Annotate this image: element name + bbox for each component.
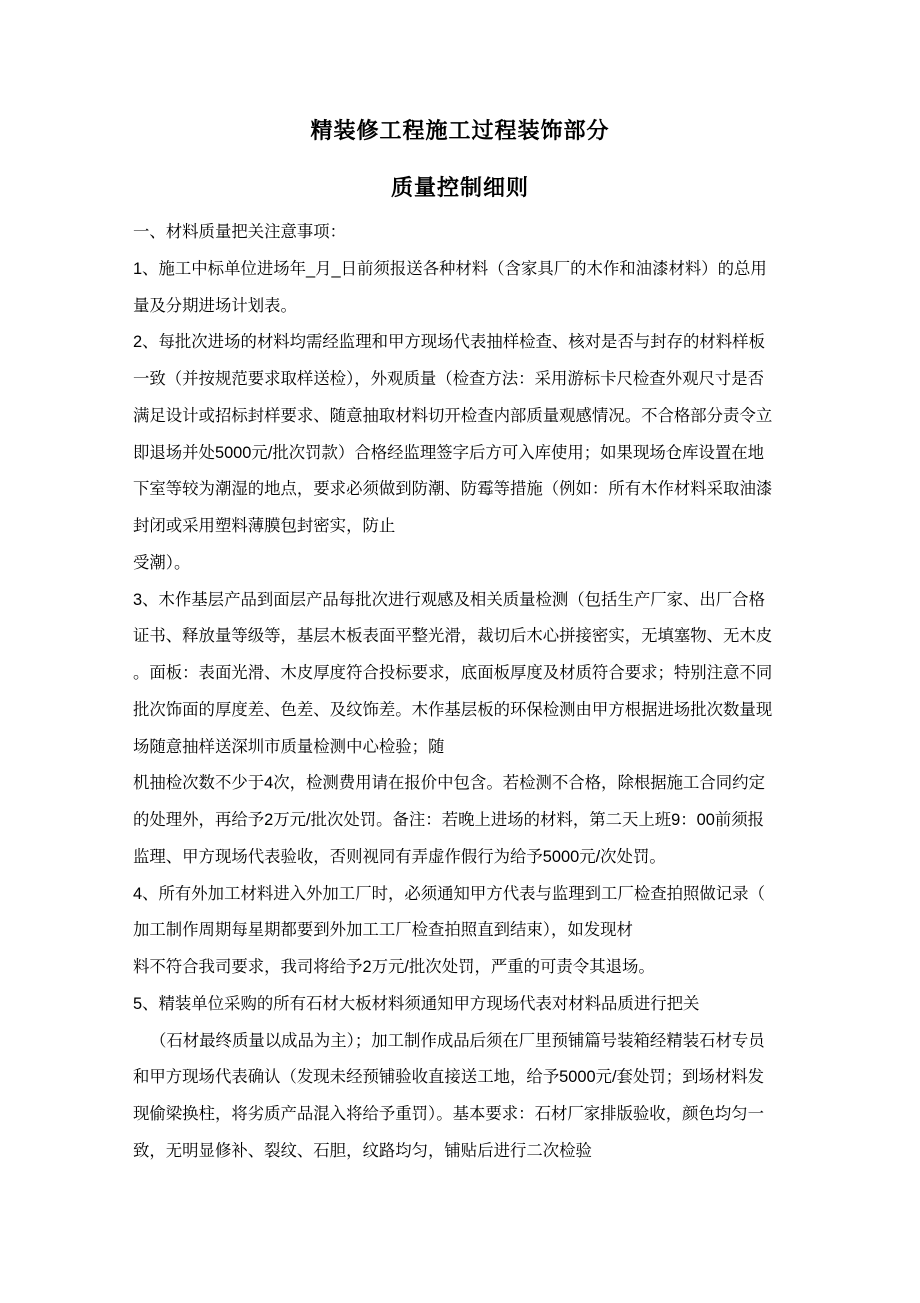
text-line: 1、施工中标单位进场年_月_日前须报送各种材料（含家具厂的木作和油漆材料）的总用 [133, 251, 813, 288]
text-line: 一致（并按规范要求取样送检），外观质量（检查方法：采用游标卡尺检查外观尺寸是否 [133, 361, 813, 398]
text-line: 4、所有外加工材料进入外加工厂时，必须通知甲方代表与监理到工厂检查拍照做记录（ [133, 876, 813, 913]
text-line: 满足设计或招标封样要求、随意抽取材料切开检查内部质量观感情况。不合格部分责令立 [133, 398, 813, 435]
text-line: 监理、甲方现场代表验收，否则视同有弄虚作假行为给予5000元/次处罚。 [133, 839, 813, 876]
text-line: 和甲方现场代表确认（发现未经预铺验收直接送工地，给予5000元/套处罚；到场材料… [133, 1059, 813, 1096]
text-line: 受潮）。 [133, 545, 813, 582]
text-line: 的处理外，再给予2万元/批次处罚。备注：若晚上进场的材料，第二天上班9：00前须… [133, 802, 813, 839]
text-line: 致，无明显修补、裂纹、石胆，纹路均匀，铺贴后进行二次检验 [133, 1133, 813, 1170]
text-line: 场随意抽样送深圳市质量检测中心检验；随 [133, 729, 813, 766]
document-title: 精装修工程施工过程装饰部分 [0, 116, 920, 146]
document-subtitle: 质量控制细则 [0, 173, 920, 203]
paragraph-item-2: 2、每批次进场的材料均需经监理和甲方现场代表抽样检查、核对是否与封存的材料样板 … [133, 324, 813, 581]
text-line: 。面板：表面光滑、木皮厚度符合投标要求，底面板厚度及材质符合要求；特别注意不同 [133, 655, 813, 692]
text-line: 现偷梁换柱，将劣质产品混入将给予重罚）。基本要求：石材厂家排版验收，颜色均匀一 [133, 1096, 813, 1133]
text-line: 批次饰面的厚度差、色差、及纹饰差。木作基层板的环保检测由甲方根据进场批次数量现 [133, 692, 813, 729]
paragraph-item-3: 3、木作基层产品到面层产品每批次进行观感及相关质量检测（包括生产厂家、出厂合格 … [133, 582, 813, 876]
section-heading: 一、材料质量把关注意事项： [133, 214, 813, 251]
paragraph-item-5: 5、精装单位采购的所有石材大板材料须通知甲方现场代表对材料品质进行把关 （石材最… [133, 986, 813, 1170]
text-line: 3、木作基层产品到面层产品每批次进行观感及相关质量检测（包括生产厂家、出厂合格 [133, 582, 813, 619]
document-page: 精装修工程施工过程装饰部分 质量控制细则 一、材料质量把关注意事项： 1、施工中… [0, 0, 920, 1303]
text-line: 机抽检次数不少于4次，检测费用请在报价中包含。若检测不合格，除根据施工合同约定 [133, 765, 813, 802]
text-line: 证书、释放量等级等，基层木板表面平整光滑，裁切后木心拼接密实，无填塞物、无木皮 [133, 618, 813, 655]
document-body: 一、材料质量把关注意事项： 1、施工中标单位进场年_月_日前须报送各种材料（含家… [133, 214, 813, 1170]
text-line: 2、每批次进场的材料均需经监理和甲方现场代表抽样检查、核对是否与封存的材料样板 [133, 324, 813, 361]
text-line: 下室等较为潮湿的地点，要求必须做到防潮、防霉等措施（例如：所有木作材料采取油漆 [133, 471, 813, 508]
paragraph-item-1: 1、施工中标单位进场年_月_日前须报送各种材料（含家具厂的木作和油漆材料）的总用… [133, 251, 813, 325]
paragraph-item-4: 4、所有外加工材料进入外加工厂时，必须通知甲方代表与监理到工厂检查拍照做记录（ … [133, 876, 813, 986]
text-line: 5、精装单位采购的所有石材大板材料须通知甲方现场代表对材料品质进行把关 [133, 986, 813, 1023]
text-line: 封闭或采用塑料薄膜包封密实，防止 [133, 508, 813, 545]
text-line: 加工制作周期每星期都要到外加工工厂检查拍照直到结束），如发现材 [133, 912, 813, 949]
text-line: （石材最终质量以成品为主）；加工制作成品后须在厂里预铺篇号装箱经精装石材专员 [133, 1023, 813, 1060]
text-line: 料不符合我司要求，我司将给予2万元/批次处罚，严重的可责令其退场。 [133, 949, 813, 986]
text-line: 即退场并处5000元/批次罚款）合格经监理签字后方可入库使用；如果现场仓库设置在… [133, 435, 813, 472]
text-line: 量及分期进场计划表。 [133, 288, 813, 325]
